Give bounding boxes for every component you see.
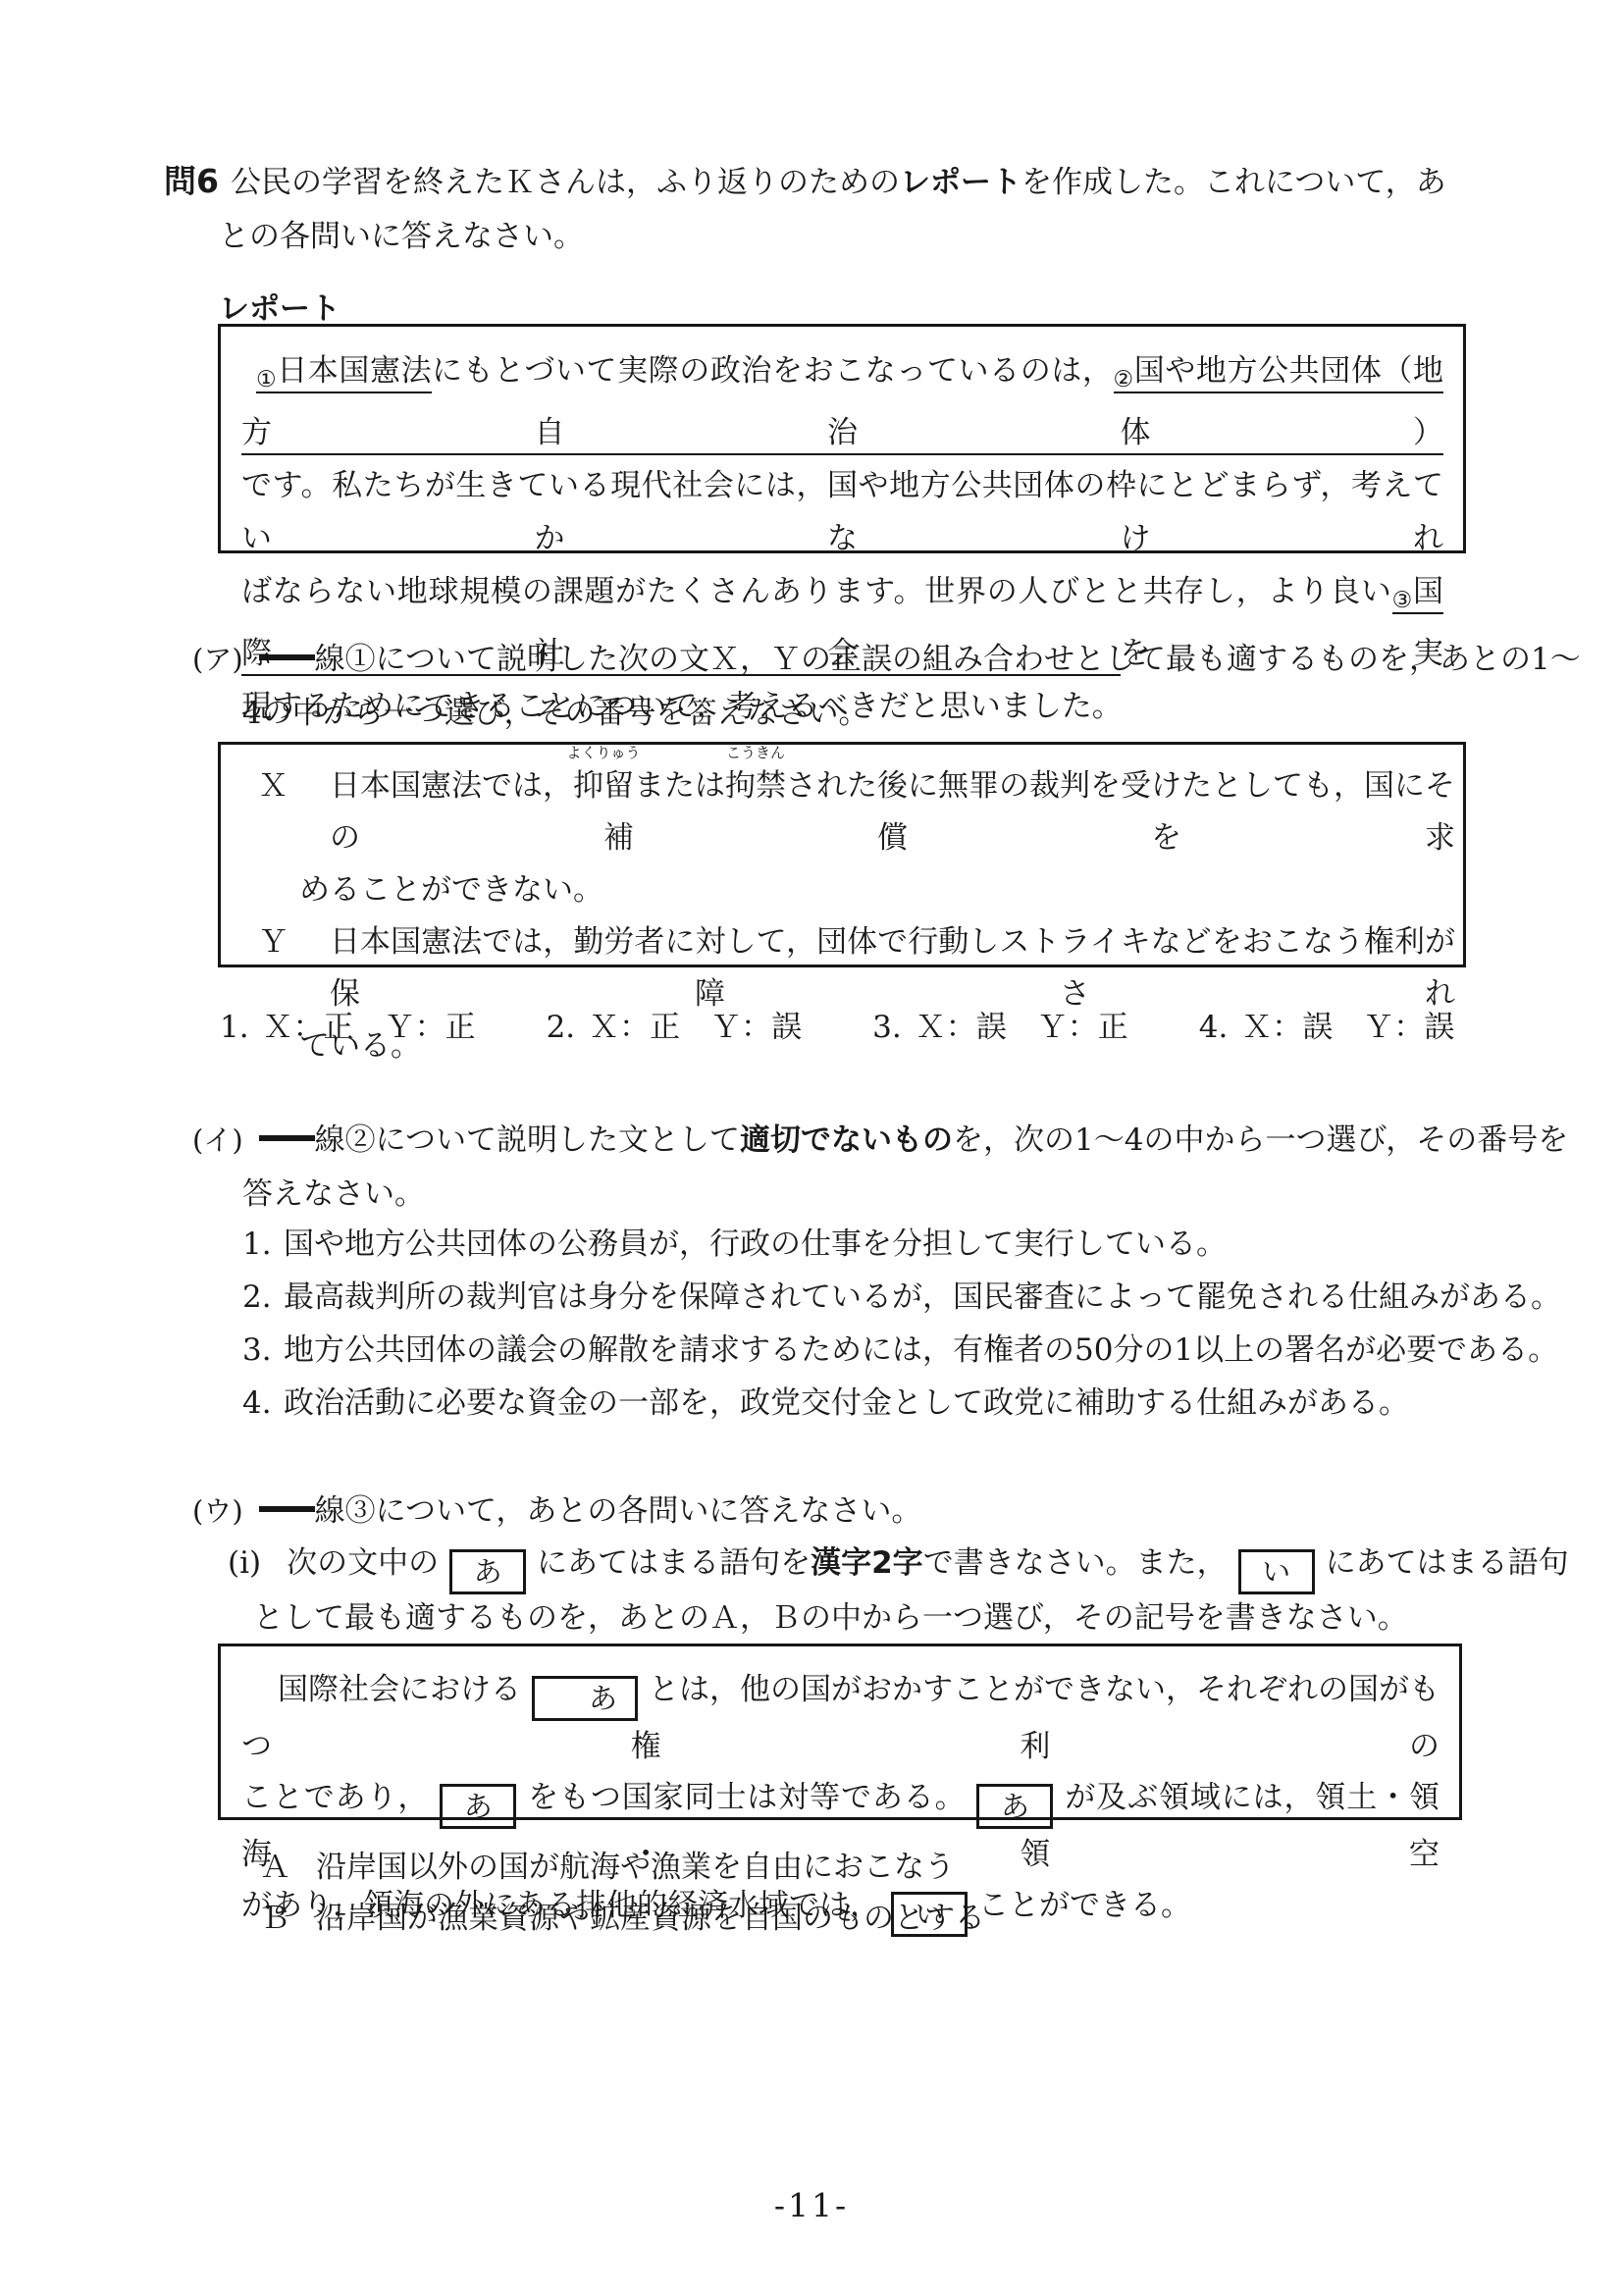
ruby-yokuryu: よくりゅう抑留 — [573, 760, 634, 812]
underline-dash-icon — [259, 654, 315, 660]
sub-question-i-bold: 漢字2字 — [811, 1545, 923, 1581]
passage-text-3b: ことができる。 — [978, 1888, 1191, 1923]
sub-question-i-line-2: として最も適するものを，あとのＡ，Ｂの中から一つ選び，その記号を書きなさい。 — [253, 1592, 1408, 1644]
choice-2-number: 2. — [547, 1010, 576, 1045]
statement-x-line-1: Ｘ日本国憲法では，よくりゅう抑留またはこうきん拘禁された後に無罪の裁判を受けたと… — [221, 760, 1463, 864]
option-4-text: 政治活動に必要な資金の一部を，政党交付金として政党に補助する仕組みがある。 — [284, 1385, 1409, 1421]
passage-text-1a: 国際社会における — [278, 1672, 521, 1707]
question-a-line-2: 4の中から一つ選び，その番号を答えなさい。 — [242, 687, 868, 740]
page-number: -11- — [0, 2186, 1623, 2225]
option-2-number: 2. — [242, 1271, 284, 1324]
option-3-number: 3. — [242, 1324, 284, 1377]
sub-question-i-text-b: にあてはまる語句を — [537, 1545, 811, 1581]
passage-text-2b: をもつ国家同士は対等である。 — [527, 1780, 966, 1815]
question-a-text: 線①について説明した次の文Ｘ，Ｙの正誤の組み合わせとして最も適するものを，あとの… — [315, 642, 1581, 677]
circled-number-1: ① — [256, 367, 277, 392]
question-i-label: (イ) — [192, 1123, 243, 1157]
heading-line-2: との各問いに答えなさい。 — [219, 210, 584, 263]
sub-question-i-label: (i) — [228, 1545, 261, 1581]
blank-box-a: あ — [532, 1676, 638, 1721]
blank-box-a: あ — [440, 1784, 516, 1829]
underline-text-1: 日本国憲法 — [277, 353, 432, 389]
blank-box-a: あ — [449, 1549, 526, 1594]
option-3: 3.地方公共団体の議会の解散を請求するためには，有権者の50分の1以上の署名が必… — [242, 1324, 1558, 1377]
underline-dash-icon — [259, 1506, 315, 1512]
underlined-phrase-1: ①日本国憲法 — [256, 353, 432, 393]
choice-b-row: Ｂ沿岸国が漁業資源や鉱産資源を自国のものとする — [260, 1892, 985, 1945]
choice-b-text: 沿岸国が漁業資源や鉱産資源を自国のものとする — [316, 1901, 985, 1936]
answer-choices-row: 1.Ｘ：正 Ｙ：正 2.Ｘ：正 Ｙ：誤 3.Ｘ：誤 Ｙ：正 4.Ｘ：誤 Ｙ：誤 — [220, 1001, 1454, 1054]
passage-line-1: 国際社会におけるあとは，他の国がおかすことができない，それぞれの国がもつ権利の — [221, 1664, 1459, 1772]
heading-text-bold: レポート — [900, 165, 1021, 200]
heading-text: 公民の学習を終えたＫさんは，ふり返りのための — [231, 165, 900, 200]
passage-box: 国際社会におけるあとは，他の国がおかすことができない，それぞれの国がもつ権利の … — [218, 1644, 1462, 1820]
option-3-text: 地方公共団体の議会の解散を請求するためには，有権者の50分の1以上の署名が必要で… — [284, 1332, 1558, 1368]
question-i-text-bold: 適切でないもの — [740, 1122, 953, 1158]
report-text-1: にもとづいて実際の政治をおこなっているのは， — [432, 353, 1113, 389]
report-line-1: ①日本国憲法にもとづいて実際の政治をおこなっているのは，②国や地方公共団体（地方… — [241, 344, 1443, 459]
report-text-3: ばならない地球規模の課題がたくさんあります。世界の人びとと共存し，より良い — [241, 574, 1392, 609]
statement-y-label: Ｙ — [258, 916, 288, 968]
sub-question-i-text-a: 次の文中の — [287, 1545, 439, 1581]
exam-page: 問6公民の学習を終えたＫさんは，ふり返りのためのレポートを作成した。これについて… — [0, 0, 1623, 2296]
statement-y-text: 日本国憲法では，勤労者に対して，団体で行動しストライキなどをおこなう権利が保障さ… — [330, 924, 1455, 1012]
furigana-yokuryu: よくりゅう — [566, 746, 640, 760]
question-a-line-1: (ア)線①について説明した次の文Ｘ，Ｙの正誤の組み合わせとして最も適するものを，… — [192, 633, 1581, 686]
question-a-label: (ア) — [192, 643, 243, 676]
blank-box-a: あ — [976, 1784, 1053, 1829]
question-number: 問6 — [164, 162, 219, 200]
option-4: 4.政治活動に必要な資金の一部を，政党交付金として政党に補助する仕組みがある。 — [242, 1377, 1409, 1430]
option-1-text: 国や地方公共団体の公務員が，行政の仕事を分担して実行している。 — [284, 1226, 1227, 1262]
choice-a-text: 沿岸国以外の国が航海や漁業を自由におこなう — [316, 1850, 955, 1885]
choice-2-text: Ｘ：正 Ｙ：誤 — [589, 1010, 802, 1045]
statement-x-mid: または — [634, 768, 725, 804]
circled-number-2: ② — [1114, 367, 1134, 392]
choice-3-text: Ｘ：誤 Ｙ：正 — [916, 1010, 1128, 1045]
underline-dash-icon — [259, 1135, 315, 1141]
report-box: ①日本国憲法にもとづいて実際の政治をおこなっているのは，②国や地方公共団体（地方… — [218, 324, 1466, 553]
choice-2: 2.Ｘ：正 Ｙ：誤 — [547, 1001, 803, 1054]
furigana-kokin: こうきん — [726, 746, 785, 760]
circled-number-3: ③ — [1392, 588, 1413, 613]
sub-question-i-text-c: で書きなさい。また， — [923, 1545, 1228, 1581]
choice-3-number: 3. — [872, 1010, 902, 1045]
question-u-text: 線③について，あとの各問いに答えなさい。 — [315, 1493, 922, 1529]
question-u-label: (ウ) — [192, 1494, 243, 1528]
ruby-kokin: こうきん拘禁 — [725, 760, 786, 812]
choice-4: 4.Ｘ：誤 Ｙ：誤 — [1199, 1001, 1455, 1054]
choice-a-label: Ａ — [260, 1841, 316, 1894]
question-i-line-1: (イ)線②について説明した文として適切でないものを，次の1～4の中から一つ選び，… — [192, 1114, 1568, 1167]
ruby-base-yokuryu: 抑留 — [573, 768, 634, 804]
option-2-text: 最高裁判所の裁判官は身分を保障されているが，国民審査によって罷免される仕組みがあ… — [284, 1279, 1561, 1315]
choice-3: 3.Ｘ：誤 Ｙ：正 — [872, 1001, 1128, 1054]
statement-x-text: 日本国憲法では， — [330, 768, 573, 804]
statement-x-label: Ｘ — [258, 760, 288, 812]
choice-1: 1.Ｘ：正 Ｙ：正 — [220, 1001, 476, 1054]
option-1: 1.国や地方公共団体の公務員が，行政の仕事を分担して実行している。 — [242, 1218, 1227, 1271]
passage-text-2a: ことであり， — [241, 1780, 429, 1815]
choice-4-number: 4. — [1199, 1010, 1229, 1045]
option-4-number: 4. — [242, 1377, 284, 1430]
ruby-base-kokin: 拘禁 — [725, 768, 786, 804]
question-i-text-tail: を，次の1～4の中から一つ選び，その番号を — [953, 1122, 1568, 1158]
choice-1-number: 1. — [220, 1010, 249, 1045]
heading-text-tail: を作成した。これについて，あ — [1021, 165, 1446, 200]
choice-a-row: Ａ沿岸国以外の国が航海や漁業を自由におこなう — [260, 1841, 955, 1894]
choice-4-text: Ｘ：誤 Ｙ：誤 — [1241, 1010, 1454, 1045]
question-6-heading: 問6公民の学習を終えたＫさんは，ふり返りのためのレポートを作成した。これについて… — [164, 155, 1479, 209]
sub-question-i-text-d: にあてはまる語句 — [1326, 1545, 1569, 1581]
statement-x-line-2: めることができない。 — [221, 864, 1463, 916]
question-u-line: (ウ)線③について，あとの各問いに答えなさい。 — [192, 1485, 921, 1538]
option-1-number: 1. — [242, 1218, 284, 1271]
statement-box: Ｘ日本国憲法では，よくりゅう抑留またはこうきん拘禁された後に無罪の裁判を受けたと… — [218, 742, 1466, 967]
blank-box-i: い — [1238, 1549, 1315, 1594]
question-i-line-2: 答えなさい。 — [242, 1168, 425, 1221]
choice-1-text: Ｘ：正 Ｙ：正 — [263, 1010, 476, 1045]
option-2: 2.最高裁判所の裁判官は身分を保障されているが，国民審査によって罷免される仕組み… — [242, 1271, 1561, 1324]
report-line-2: です。私たちが生きている現代社会には，国や地方公共団体の枠にとどまらず，考えてい… — [241, 459, 1443, 565]
choice-b-label: Ｂ — [260, 1892, 316, 1945]
sub-question-i-line-1: (i)次の文中のあにあてはまる語句を漢字2字で書きなさい。また，いにあてはまる語… — [228, 1537, 1569, 1594]
question-i-text: 線②について説明した文として — [315, 1122, 740, 1158]
